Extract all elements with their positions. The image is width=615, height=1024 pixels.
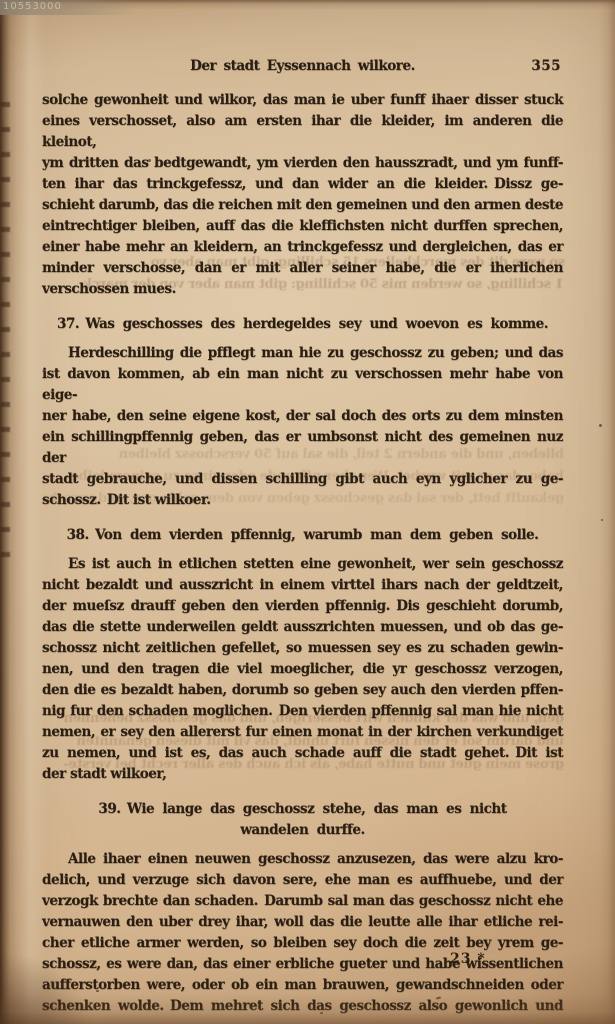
text-line: Herdeschilling die pfflegt man hie zu ge…: [42, 343, 563, 364]
text-line: minder verschosse, dan er mit aller sein…: [42, 258, 563, 279]
text-line: schieht darumb, das die reichen mit den …: [42, 195, 563, 216]
text-line: vernauwen den uber drey ihar, woll das d…: [42, 912, 563, 933]
scan-right-edge: [599, 0, 615, 1024]
text-line: schossz. Dit ist wilkoer.: [42, 490, 563, 511]
text-line: eintrechtiger bleiben, auff das die klef…: [42, 216, 563, 237]
section-heading: 38. Von dem vierden pffennig, warumb man…: [42, 525, 563, 546]
page-number: 355: [531, 56, 561, 77]
paragraph: Es ist auch in etlichen stetten eine gew…: [42, 554, 563, 785]
gutter-ink-marks: [1, 102, 10, 562]
text-line: stadt gebrauche, und dissen schilling gi…: [42, 469, 563, 490]
text-line: eines verschosset, also am ersten ihar d…: [42, 111, 563, 153]
scan-corner-shadow-br: [505, 944, 615, 1024]
paper-speck: [148, 159, 151, 162]
text-line: Alle ihaer einen neuwen geschossz anzuse…: [42, 849, 563, 870]
paragraph: Herdeschilling die pfflegt man hie zu ge…: [42, 343, 563, 511]
text-line: aufferstorben were, oder ob ein man brau…: [42, 975, 563, 996]
paper-speck: [96, 990, 99, 992]
section-heading-line: 38. Von dem vierden pffennig, warumb man…: [42, 525, 563, 546]
running-header-title: Der stadt Eyssennach wilkore.: [190, 58, 415, 74]
text-line: nen, und den tragen die viel moeglicher,…: [42, 659, 563, 680]
text-line: ist davon kommen, ab ein man nicht zu ve…: [42, 364, 563, 406]
digitization-watermark: 10553000: [3, 1, 62, 12]
text-line: ein schillingpffennig geben, das er umbs…: [42, 427, 563, 469]
section-heading: 39. Wie lange das geschossz stehe, das m…: [42, 799, 563, 841]
text-line: ym dritten das bedtgewandt, ym vierden d…: [42, 153, 563, 174]
text-line: das die stette underweilen geldt ausszri…: [42, 617, 563, 638]
text-line: solche gewonheit und wilkor, das man ie …: [42, 90, 563, 111]
text-line: den die es bezaldt haben, dorumb so gebe…: [42, 680, 563, 701]
text-line: verschossen mues.: [42, 279, 563, 300]
text-line: der mueſsz drauff geben den vierden pffe…: [42, 596, 563, 617]
text-line: ten ihar das trinckgefessz, und dan wide…: [42, 174, 563, 195]
text-line: einer habe mehr an kleidern, an trinckge…: [42, 237, 563, 258]
text-block-lines: solche gewonheit und wilkor, das man ie …: [42, 90, 563, 1017]
section-heading: 37. Was geschosses des herdegeldes sey u…: [42, 314, 563, 335]
text-line: nicht bezaldt und ausszricht in einem vi…: [42, 575, 563, 596]
paragraph: Alle ihaer einen neuwen geschossz anzuse…: [42, 849, 563, 1017]
book-page-scan: so were dit des marckkellers 15 schillin…: [0, 0, 615, 1024]
text-line: schossz nicht zeitlichen gefellet, so mu…: [42, 638, 563, 659]
signature-mark: 23 *: [450, 951, 486, 967]
text-line: ner habe, den seine eigene kost, der sal…: [42, 406, 563, 427]
text-line: der stadt wilkoer,: [42, 764, 563, 785]
section-heading-line: wandelen durffe.: [42, 820, 563, 841]
text-line: zu nemen, und ist es, das auch schade au…: [42, 743, 563, 764]
paragraph: solche gewonheit und wilkor, das man ie …: [42, 90, 563, 300]
page-text: Der stadt Eyssennach wilkore. 355 solche…: [42, 56, 563, 1017]
text-line: delich, und verzuge sich davon sere, ehe…: [42, 870, 563, 891]
text-line: verzogk brechte dan schaden. Darumb sal …: [42, 891, 563, 912]
scan-corner-shadow-bl: [0, 949, 95, 1024]
text-line: nig fur den schaden moglichen. Den vierd…: [42, 701, 563, 722]
running-header: Der stadt Eyssennach wilkore. 355: [42, 56, 563, 77]
text-line: nemen, er sey den allererst fur einen mo…: [42, 722, 563, 743]
text-line: Es ist auch in etlichen stetten eine gew…: [42, 554, 563, 575]
section-heading-line: 37. Was geschosses des herdegeldes sey u…: [42, 314, 563, 335]
section-heading-line: 39. Wie lange das geschossz stehe, das m…: [42, 799, 563, 820]
